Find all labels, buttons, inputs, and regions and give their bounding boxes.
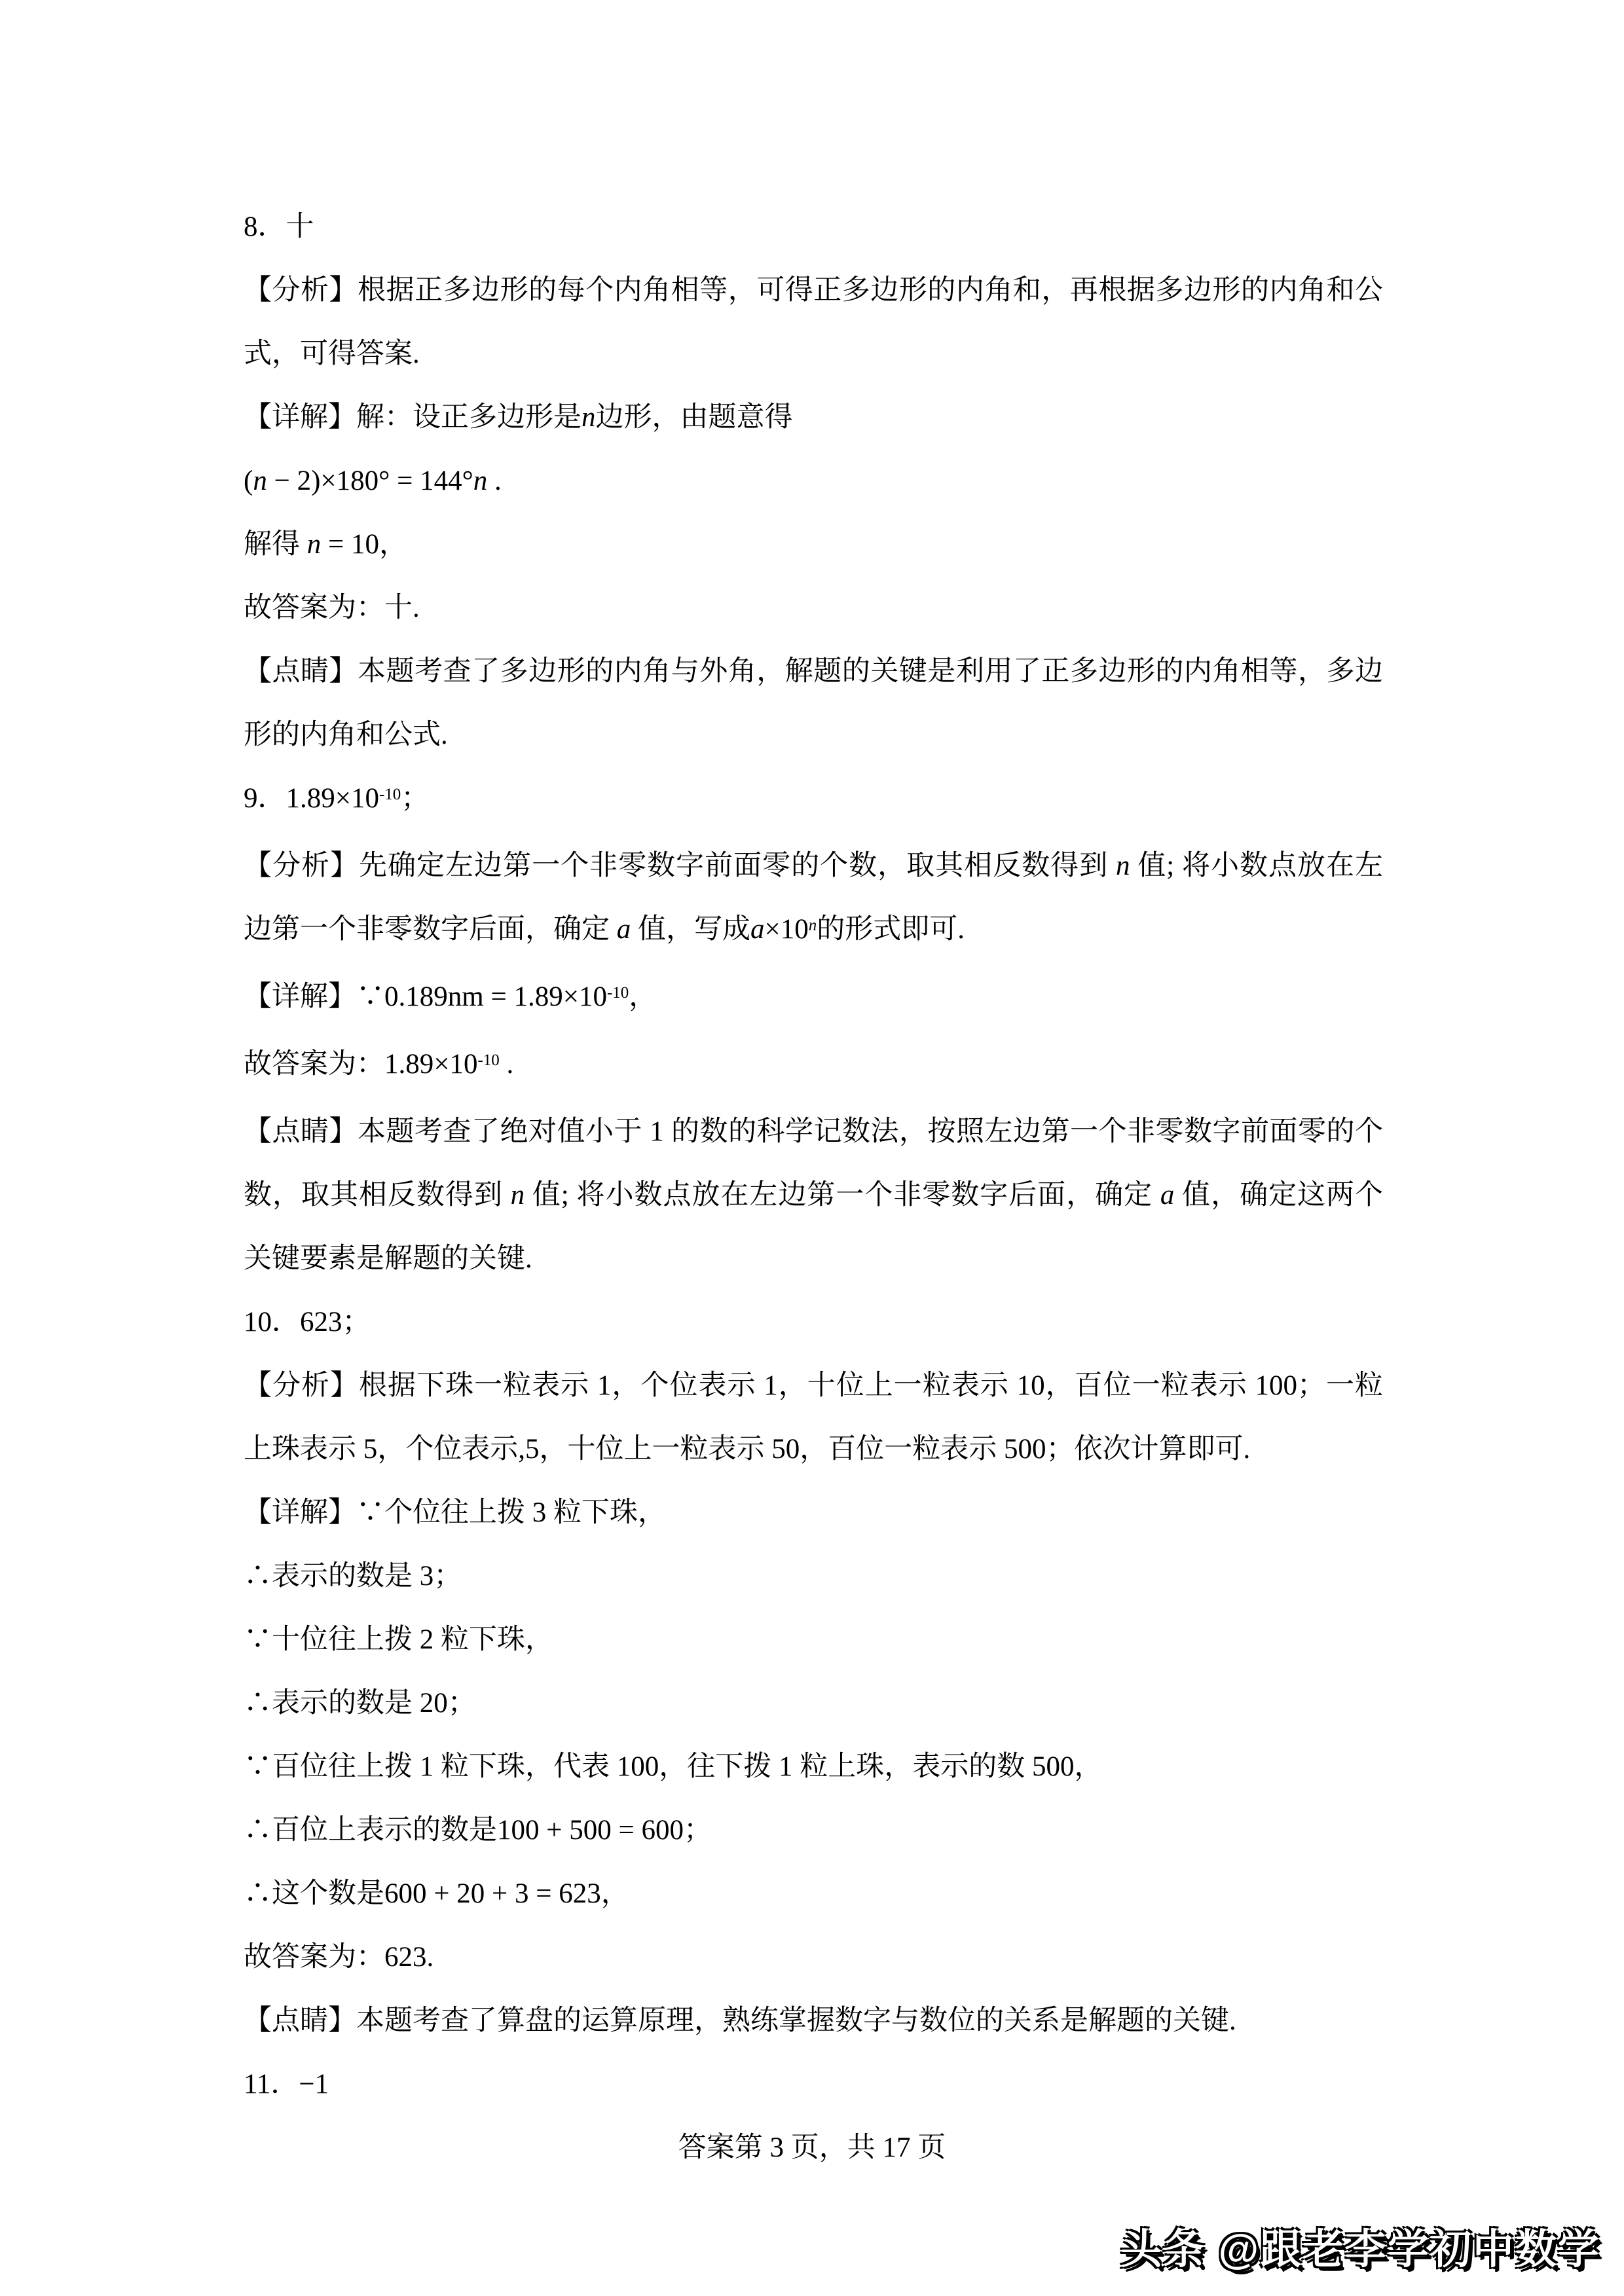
note-8-line2: 形的内角和公式. [244,703,1383,767]
text-run: n [809,917,817,934]
text-run: a [1160,1180,1175,1211]
text-run: 值; 将小数点放在左边第一个非零数字后面，确定 [525,1180,1160,1211]
note-10: 【点睛】本题考查了算盘的运算原理，熟练掌握数字与数位的关系是解题的关键. [244,1989,1383,2052]
text-run: 8．十 [244,211,314,242]
text-run: 的形式即可. [817,914,965,945]
detail-8: 【详解】解：设正多边形是n边形，由题意得 [244,386,1383,449]
text-run: 11． [244,2069,299,2100]
text-run: ∴这个数是 [244,1878,384,1909]
conclusion-10: 故答案为：623. [244,1925,1383,1989]
text-run: ( [244,465,253,496]
text-run: 解得 [244,529,307,560]
analysis-10-line2: 上珠表示 5，个位表示,5，十位上一粒表示 50，百位一粒表示 500；依次计算… [244,1417,1383,1481]
text-run: a [617,914,631,945]
text-run: ； [684,1815,712,1846]
analysis-10-line1: 【分析】根据下珠一粒表示 1，个位表示 1，十位上一粒表示 10，百位一粒表示 … [244,1354,1383,1417]
text-run: ×10 [765,914,809,945]
analysis-9-line1: 【分析】先确定左边第一个非零数字前面零的个数，取其相反数得到 n 值; 将小数点… [244,834,1383,898]
text-run: 600 + 20 + 3 = 623 [384,1878,601,1909]
text-run: n [511,1180,525,1211]
text-run: -10 [607,984,629,1002]
text-run: . [500,1049,514,1080]
note-9-line1: 【点睛】本题考查了绝对值小于 1 的数的科学记数法，按照左边第一个非零数字前面零… [244,1100,1383,1163]
text-run: ∵十位往上拨 2 粒下珠， [244,1624,553,1655]
text-run: 值，确定这两个 [1174,1180,1383,1211]
text-run: 0.189nm = 1.89×10 [384,981,607,1012]
text-run: 【分析】根据正多边形的每个内角相等，可得正多边形的内角和，再根据多边形的内角和公 [244,275,1383,306]
note-9-line3: 关键要素是解题的关键. [244,1227,1383,1290]
text-run: − 2)×180° = 144° [267,465,473,496]
text-run: 故答案为： [244,1049,384,1080]
text-run: n [473,465,488,496]
text-run: ， [601,1878,629,1909]
text-run: 关键要素是解题的关键. [244,1243,532,1274]
text-run: 值，写成 [631,914,750,945]
text-run: ∴表示的数是 3； [244,1561,462,1592]
text-run: 故答案为：十. [244,592,420,623]
analysis-8-line1: 【分析】根据正多边形的每个内角相等，可得正多边形的内角和，再根据多边形的内角和公 [244,259,1383,322]
answer-11: 11．−1 [244,2052,1383,2116]
detail-10-line7: ∴这个数是600 + 20 + 3 = 623， [244,1862,1383,1925]
text-run: ∴表示的数是 20； [244,1688,476,1719]
text-run: a [750,914,765,945]
conclusion-9: 故答案为：1.89×10-10 . [244,1032,1383,1100]
text-run: 【点睛】本题考查了算盘的运算原理，熟练掌握数字与数位的关系是解题的关键. [244,2005,1236,2036]
text-run: 【详解】解：设正多边形是 [244,402,581,433]
text-run: 【分析】先确定左边第一个非零数字前面零的个数，取其相反数得到 [244,850,1116,881]
detail-10-line2: ∴表示的数是 3； [244,1544,1383,1608]
text-run: 上珠表示 5，个位表示,5，十位上一粒表示 50，百位一粒表示 500；依次计算… [244,1434,1250,1465]
text-run: 形的内角和公式. [244,720,448,750]
text-run: 【点睛】本题考查了绝对值小于 1 的数的科学记数法，按照左边第一个非零数字前面零… [244,1116,1383,1147]
text-run: 故答案为：623. [244,1942,434,1973]
text-run: 【详解】∵ [244,981,384,1012]
detail-9: 【详解】∵0.189nm = 1.89×10-10， [244,965,1383,1032]
detail-10-line5: ∵百位往上拨 1 粒下珠，代表 100，往下拨 1 粒上珠，表示的数 500， [244,1735,1383,1798]
text-run: n [581,402,596,433]
text-run: ， [629,981,657,1012]
detail-10-line4: ∴表示的数是 20； [244,1671,1383,1735]
page-footer: 答案第 3 页，共 17 页 [0,2116,1624,2179]
text-run: 100 + 500 = 600 [497,1815,684,1846]
text-run: 边第一个非零数字后面，确定 [244,914,617,945]
answer-8: 8．十 [244,195,1383,259]
text-run: = 10 [321,529,379,560]
text-run: −1 [299,2069,329,2100]
text-run: ； [401,783,429,814]
text-run: 值; 将小数点放在左 [1130,850,1383,881]
answer-9: 9．1.89×10-10； [244,767,1383,834]
text-run: 边形，由题意得 [596,402,793,433]
text-run: 式，可得答案. [244,338,420,369]
text-run: ， [379,529,407,560]
text-run: 数，取其相反数得到 [244,1180,511,1211]
detail-10-line6: ∴百位上表示的数是100 + 500 = 600； [244,1798,1383,1862]
answer-sheet-page: 8．十【分析】根据正多边形的每个内角相等，可得正多边形的内角和，再根据多边形的内… [0,0,1624,2296]
formula-8: (n − 2)×180° = 144°n . [244,449,1383,513]
text-run: -10 [379,786,401,803]
detail-10-line3: ∵十位往上拨 2 粒下珠， [244,1608,1383,1671]
conclusion-8: 故答案为：十. [244,576,1383,640]
text-run: 【点睛】本题考查了多边形的内角与外角，解题的关键是利用了正多边形的内角相等，多边 [244,656,1383,687]
text-run: ∴百位上表示的数是 [244,1815,497,1846]
text-run: 9． [244,783,286,814]
solve-8: 解得 n = 10， [244,513,1383,576]
text-run: -10 [478,1051,500,1069]
watermark: 头条 @跟老李学初中数学 [1120,2216,1600,2276]
text-run: 【详解】∵个位往上拨 3 粒下珠， [244,1497,666,1528]
text-run: 1.89×10 [384,1049,478,1080]
detail-10-line1: 【详解】∵个位往上拨 3 粒下珠， [244,1481,1383,1544]
text-run: n [253,465,267,496]
analysis-9-line2: 边第一个非零数字后面，确定 a 值，写成a×10n的形式即可. [244,898,1383,965]
note-8-line1: 【点睛】本题考查了多边形的内角与外角，解题的关键是利用了正多边形的内角相等，多边 [244,640,1383,703]
text-run: 10．623； [244,1307,371,1338]
text-run: 【分析】根据下珠一粒表示 1，个位表示 1，十位上一粒表示 10，百位一粒表示 … [244,1370,1383,1401]
answer-10: 10．623； [244,1290,1383,1354]
text-run: n [1116,850,1130,881]
document-body: 8．十【分析】根据正多边形的每个内角相等，可得正多边形的内角和，再根据多边形的内… [244,195,1383,2116]
text-run: . [487,465,502,496]
text-run: 1.89×10 [286,783,380,814]
text-run: ∵百位往上拨 1 粒下珠，代表 100，往下拨 1 粒上珠，表示的数 500， [244,1751,1103,1782]
text-run: n [307,529,322,560]
note-9-line2: 数，取其相反数得到 n 值; 将小数点放在左边第一个非零数字后面，确定 a 值，… [244,1163,1383,1227]
analysis-8-line2: 式，可得答案. [244,322,1383,386]
